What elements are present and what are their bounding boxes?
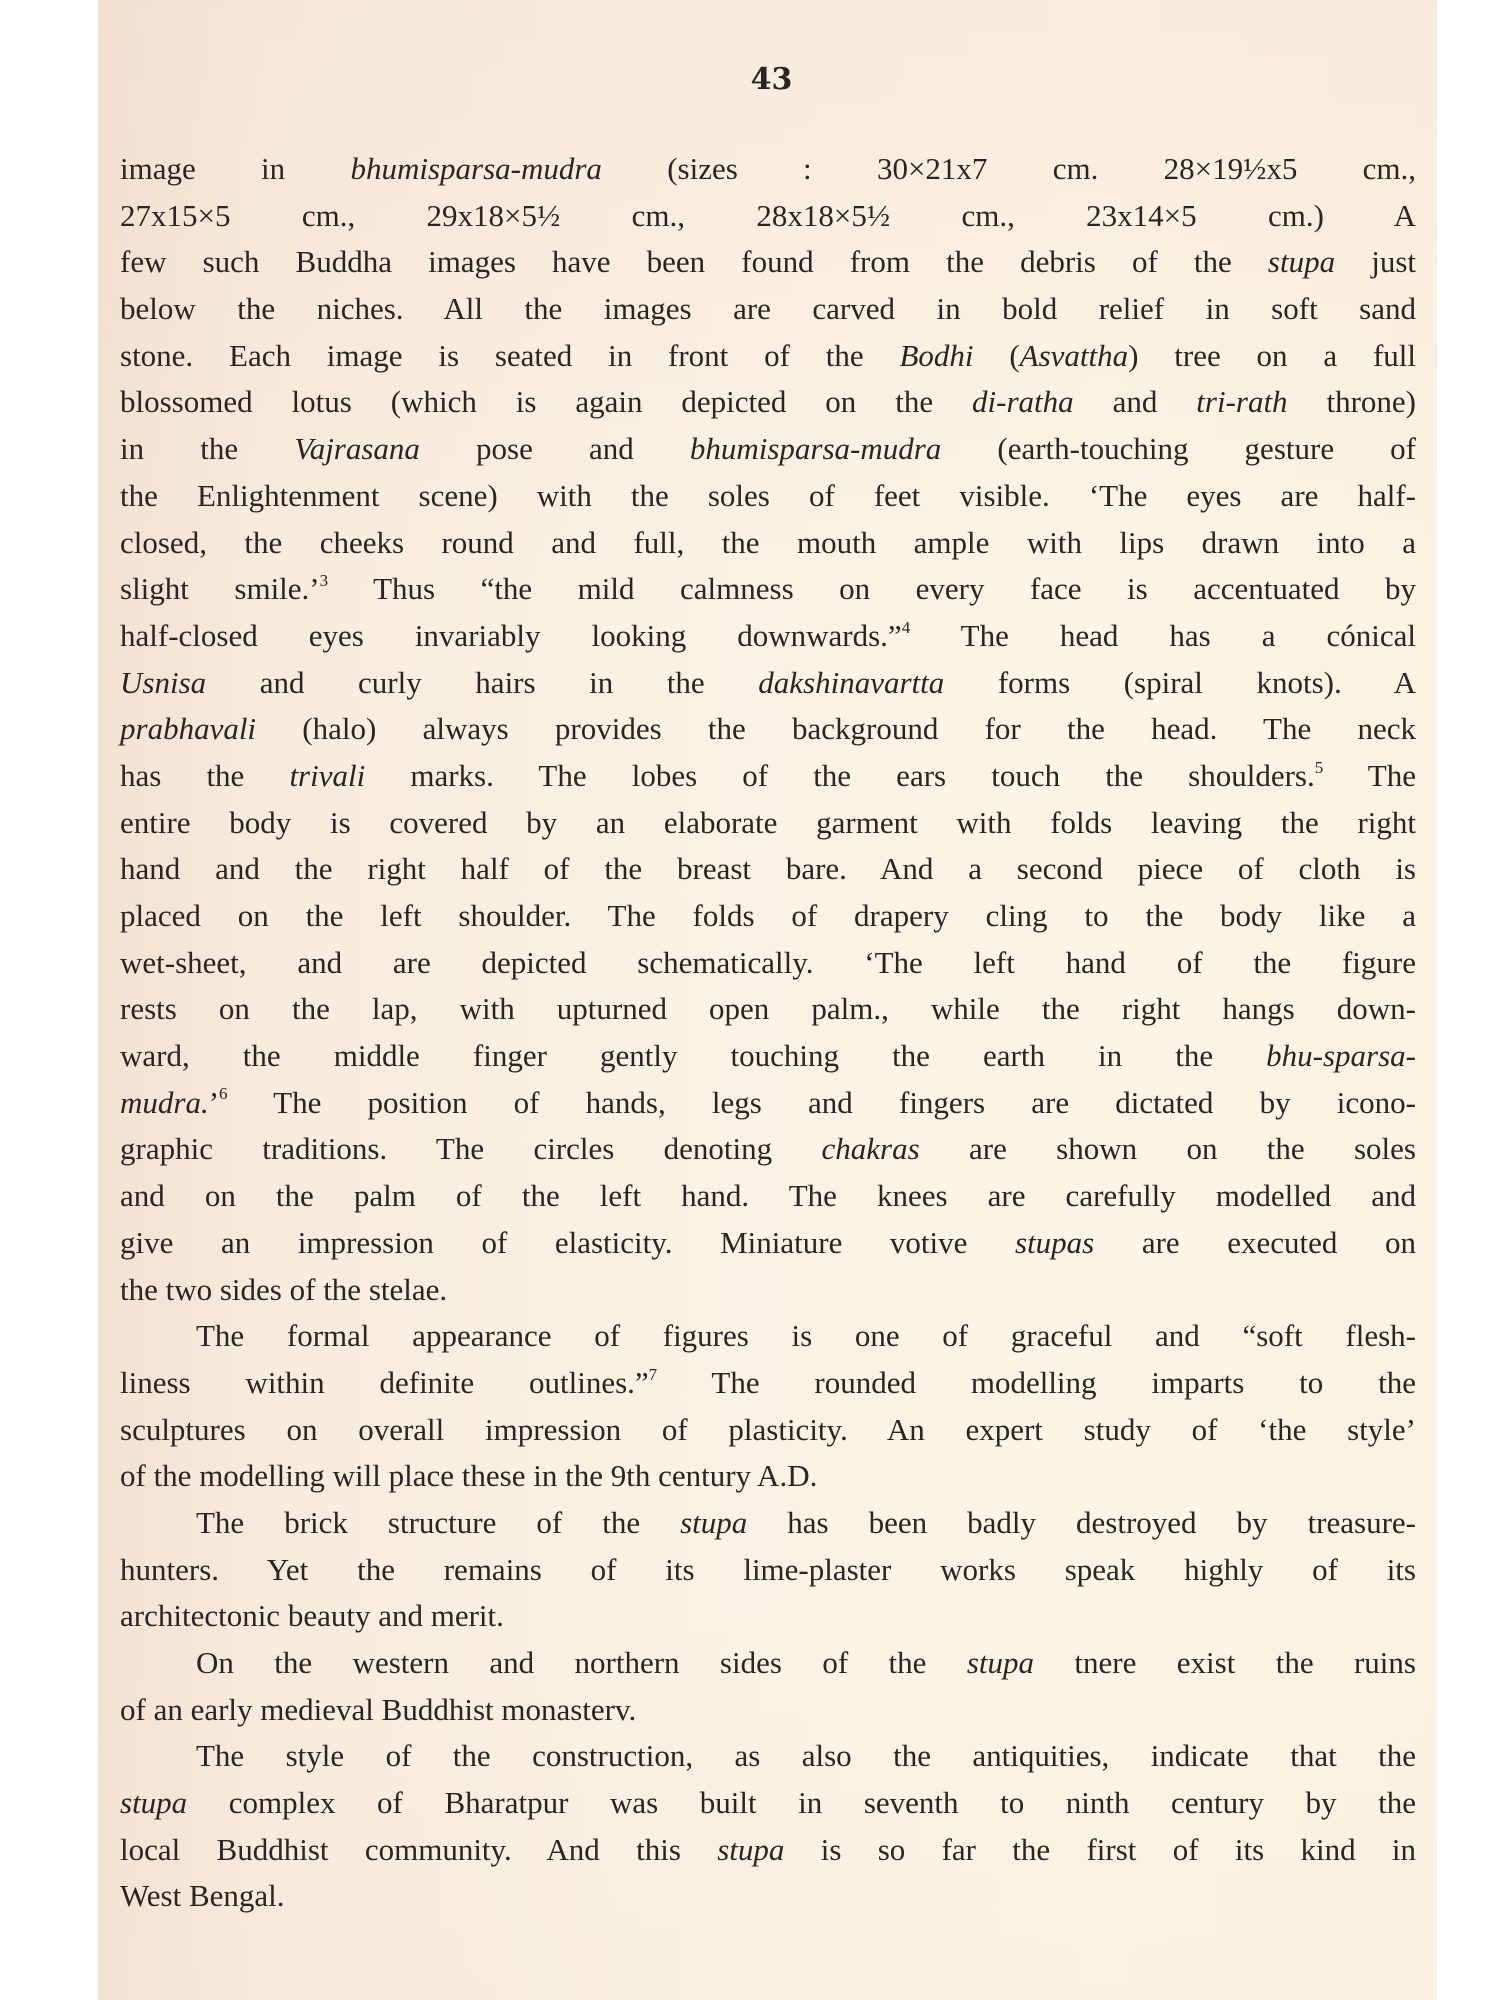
text-run: ’ (209, 1085, 219, 1120)
italic-term: chakras (822, 1131, 920, 1166)
text-line: Usnisa and curly hairs in the dakshinava… (120, 660, 1416, 707)
text-line: slight smile.’3 Thus “the mild calmness … (120, 566, 1416, 613)
italic-term: Usnisa (120, 665, 206, 700)
text-run: are executed on (1094, 1225, 1416, 1260)
text-run: The formal appearance of figures is one … (196, 1318, 1416, 1353)
text-run: Thus “the mild calmness on every face is… (328, 571, 1416, 606)
text-line: local Buddhist community. And this stupa… (120, 1827, 1416, 1874)
italic-term: tri-rath (1196, 384, 1287, 419)
text-run: architectonic beauty and merit. (120, 1598, 504, 1633)
italic-term: stupa (680, 1505, 747, 1540)
text-run: West Bengal. (120, 1878, 285, 1913)
italic-term: stupa (120, 1785, 187, 1820)
italic-term: trivali (289, 758, 365, 793)
text-run: The (1323, 758, 1416, 793)
text-line: hand and the right half of the breast ba… (120, 846, 1416, 893)
footnote-ref: 6 (219, 1084, 228, 1103)
text-run: the Enlightenment scene) with the soles … (120, 478, 1416, 513)
text-line: West Bengal. (120, 1873, 1416, 1920)
italic-term: Bodhi (899, 338, 973, 373)
text-line: image in bhumisparsa-mudra (sizes : 30×2… (120, 146, 1416, 193)
text-run: has been badly destroyed by treasure- (747, 1505, 1416, 1540)
text-run: closed, the cheeks round and full, the m… (120, 525, 1416, 560)
text-line: prabhavali (halo) always provides the ba… (120, 706, 1416, 753)
text-line: hunters. Yet the remains of its lime-pla… (120, 1547, 1416, 1594)
text-run: ( (974, 338, 1020, 373)
paragraph-first-line: The formal appearance of figures is one … (120, 1313, 1416, 1360)
text-run: local Buddhist community. And this (120, 1832, 717, 1867)
text-line: of an early medieval Buddhist monasterv. (120, 1687, 1416, 1734)
paragraph-first-line: The brick structure of the stupa has bee… (120, 1500, 1416, 1547)
text-line: architectonic beauty and merit. (120, 1593, 1416, 1640)
text-run: ) tree on a full (1128, 338, 1416, 373)
text-run: in the (120, 431, 294, 466)
text-line: graphic traditions. The circles denoting… (120, 1126, 1416, 1173)
text-run: throne) (1288, 384, 1416, 419)
text-run: The style of the construction, as also t… (196, 1738, 1416, 1773)
text-line: the Enlightenment scene) with the soles … (120, 473, 1416, 520)
text-run: stone. Each image is seated in front of … (120, 338, 899, 373)
text-line: blossomed lotus (which is again depicted… (120, 379, 1416, 426)
text-run: rests on the lap, with upturned open pal… (120, 991, 1416, 1026)
text-run: below the niches. All the images are car… (120, 291, 1416, 326)
text-run: give an impression of elasticity. Miniat… (120, 1225, 1015, 1260)
page-number-text: 43 (751, 62, 793, 97)
text-run: the two sides of the stelae. (120, 1272, 447, 1307)
text-run: and on the palm of the left hand. The kn… (120, 1178, 1416, 1213)
text-run: (halo) always provides the background fo… (256, 711, 1416, 746)
italic-term: bhu-sparsa- (1266, 1038, 1416, 1073)
text-line: liness within definite outlines.”7 The r… (120, 1360, 1416, 1407)
text-line: give an impression of elasticity. Miniat… (120, 1220, 1416, 1267)
paragraph-first-line: The style of the construction, as also t… (120, 1733, 1416, 1780)
text-line: sculptures on overall impression of plas… (120, 1407, 1416, 1454)
text-line: placed on the left shoulder. The folds o… (120, 893, 1416, 940)
text-line: half-closed eyes invariably looking down… (120, 613, 1416, 660)
text-run: The rounded modelling imparts to the (657, 1365, 1416, 1400)
text-run: and (1074, 384, 1197, 419)
text-run: (earth-touching gesture of (941, 431, 1416, 466)
text-line: the two sides of the stelae. (120, 1267, 1416, 1314)
text-run: half-closed eyes invariably looking down… (120, 618, 902, 653)
text-line: 27x15×5 cm., 29x18×5½ cm., 28x18×5½ cm.,… (120, 193, 1416, 240)
italic-term: Asvattha (1020, 338, 1129, 373)
text-run: ward, the middle finger gently touching … (120, 1038, 1266, 1073)
text-line: and on the palm of the left hand. The kn… (120, 1173, 1416, 1220)
page-number: 43 (98, 62, 1437, 97)
text-run: marks. The lobes of the ears touch the s… (365, 758, 1315, 793)
text-run: placed on the left shoulder. The folds o… (120, 898, 1416, 933)
text-run: slight smile.’ (120, 571, 320, 606)
text-run: pose and (420, 431, 690, 466)
text-line: few such Buddha images have been found f… (120, 239, 1416, 286)
paragraph-first-line: On the western and northern sides of the… (120, 1640, 1416, 1687)
text-run: hand and the right half of the breast ba… (120, 851, 1416, 886)
italic-term: mudra. (120, 1085, 209, 1120)
text-run: sculptures on overall impression of plas… (120, 1412, 1416, 1447)
text-line: of the modelling will place these in the… (120, 1453, 1416, 1500)
body-text: image in bhumisparsa-mudra (sizes : 30×2… (120, 146, 1416, 1920)
text-line: in the Vajrasana pose and bhumisparsa-mu… (120, 426, 1416, 473)
italic-term: stupa (1268, 244, 1335, 279)
italic-term: stupas (1015, 1225, 1094, 1260)
text-run: The head has a cónical (910, 618, 1416, 653)
footnote-ref: 4 (902, 618, 911, 637)
text-line: has the trivali marks. The lobes of the … (120, 753, 1416, 800)
footnote-ref: 5 (1315, 758, 1324, 777)
italic-term: bhumisparsa-mudra (690, 431, 941, 466)
text-line: wet-sheet, and are depicted schematicall… (120, 940, 1416, 987)
italic-term: prabhavali (120, 711, 256, 746)
text-run: wet-sheet, and are depicted schematicall… (120, 945, 1416, 980)
text-run: The brick structure of the (196, 1505, 680, 1540)
text-line: mudra.’6 The position of hands, legs and… (120, 1080, 1416, 1127)
text-line: below the niches. All the images are car… (120, 286, 1416, 333)
text-run: has the (120, 758, 289, 793)
text-run: The position of hands, legs and fingers … (228, 1085, 1416, 1120)
italic-term: stupa (967, 1645, 1034, 1680)
text-run: of an early medieval Buddhist monasterv. (120, 1692, 636, 1727)
text-run: 27x15×5 cm., 29x18×5½ cm., 28x18×5½ cm.,… (120, 198, 1416, 233)
text-run: of the modelling will place these in the… (120, 1458, 817, 1493)
text-line: ward, the middle finger gently touching … (120, 1033, 1416, 1080)
italic-term: dakshinavartta (758, 665, 944, 700)
text-run: just (1335, 244, 1416, 279)
text-run: and curly hairs in the (206, 665, 758, 700)
text-run: forms (spiral knots). A (944, 665, 1416, 700)
text-run: is so far the first of its kind in (784, 1832, 1416, 1867)
text-run: few such Buddha images have been found f… (120, 244, 1268, 279)
text-run: complex of Bharatpur was built in sevent… (187, 1785, 1416, 1820)
text-line: entire body is covered by an elaborate g… (120, 800, 1416, 847)
text-line: closed, the cheeks round and full, the m… (120, 520, 1416, 567)
book-page: 43 image in bhumisparsa-mudra (sizes : 3… (98, 0, 1437, 2000)
text-run: tnere exist the ruins (1034, 1645, 1416, 1680)
text-run: On the western and northern sides of the (196, 1645, 967, 1680)
text-run: graphic traditions. The circles denoting (120, 1131, 822, 1166)
text-line: stone. Each image is seated in front of … (120, 333, 1416, 380)
text-run: hunters. Yet the remains of its lime-pla… (120, 1552, 1416, 1587)
text-line: stupa complex of Bharatpur was built in … (120, 1780, 1416, 1827)
italic-term: bhumisparsa-mudra (350, 151, 601, 186)
text-run: image in (120, 151, 350, 186)
italic-term: stupa (717, 1832, 784, 1867)
text-run: blossomed lotus (which is again depicted… (120, 384, 972, 419)
italic-term: di-ratha (972, 384, 1074, 419)
text-run: are shown on the soles (920, 1131, 1416, 1166)
text-run: entire body is covered by an elaborate g… (120, 805, 1416, 840)
text-line: rests on the lap, with upturned open pal… (120, 986, 1416, 1033)
text-run: liness within definite outlines.” (120, 1365, 649, 1400)
footnote-ref: 3 (320, 571, 329, 590)
italic-term: Vajrasana (294, 431, 420, 466)
text-run: (sizes : 30×21x7 cm. 28×19½x5 cm., (602, 151, 1416, 186)
footnote-ref: 7 (649, 1365, 658, 1384)
